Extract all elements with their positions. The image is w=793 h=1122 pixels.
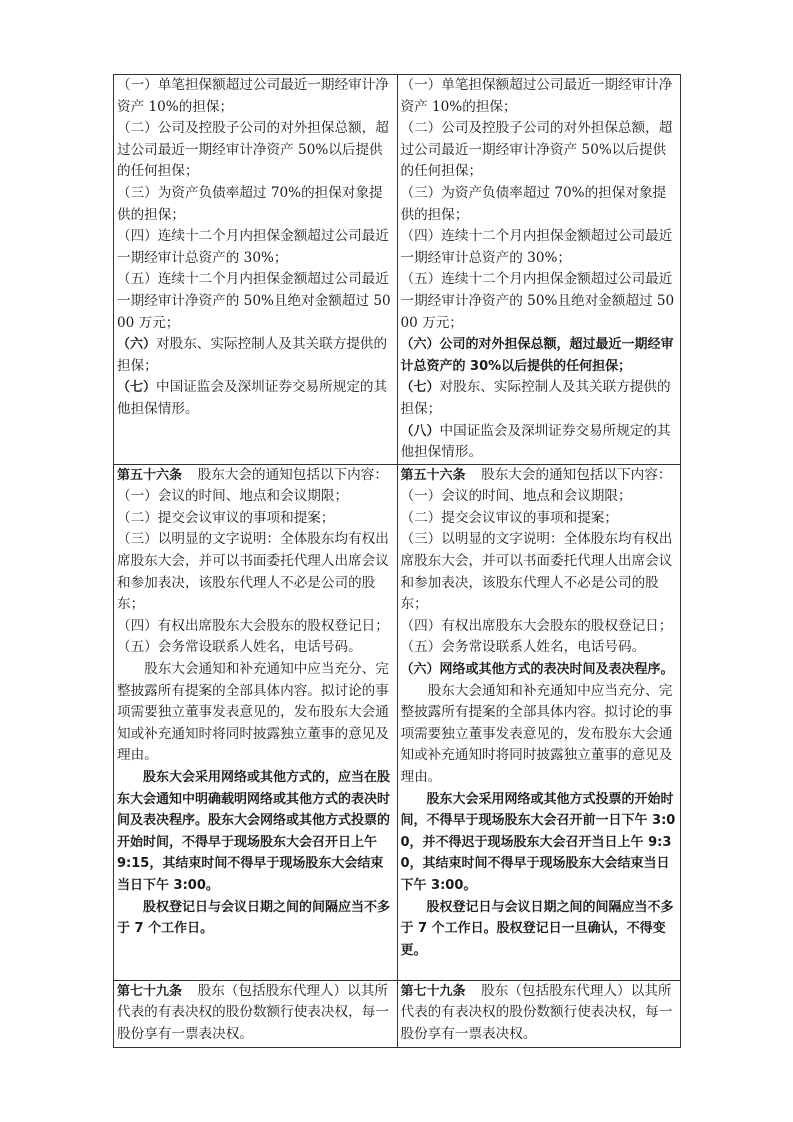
clause-4: （四）连续十二个月内担保金额超过公司最近一期经审计总资产的 30%； xyxy=(117,226,394,269)
revised-cell: 第五十六条股东大会的通知包括以下内容： （一）会议的时间、地点和会议期限； （二… xyxy=(397,464,681,980)
paragraph-disclosure: 股东大会通知和补充通知中应当充分、完整披露所有提案的全部具体内容。拟讨论的事项需… xyxy=(401,681,678,789)
paragraph-disclosure: 股东大会通知和补充通知中应当充分、完整披露所有提案的全部具体内容。拟讨论的事项需… xyxy=(117,659,394,767)
clause-3: （三）为资产负债率超过 70%的担保对象提供的担保； xyxy=(401,183,678,226)
original-cell: 第七十九条股东（包括股东代理人）以其所代表的有表决权的股份数额行使表决权，每一股… xyxy=(114,980,398,1047)
clause-5: （五）连续十二个月内担保金额超过公司最近一期经审计净资产的 50%且绝对金额超过… xyxy=(117,269,394,334)
clause-6-text: 对股东、实际控制人及其关联方提供的担保； xyxy=(117,336,387,374)
clause-5: （五）会务常设联系人姓名，电话号码。 xyxy=(117,637,394,659)
clause-1: （一）单笔担保额超过公司最近一期经审计净资产 10%的担保； xyxy=(401,75,678,118)
original-cell: （一）单笔担保额超过公司最近一期经审计净资产 10%的担保； （二）公司及控股子… xyxy=(114,75,398,465)
article-body: 第七十九条股东（包括股东代理人）以其所代表的有表决权的股份数额行使表决权，每一股… xyxy=(401,981,678,1046)
comparison-table: （一）单笔担保额超过公司最近一期经审计净资产 10%的担保； （二）公司及控股子… xyxy=(113,74,681,1048)
clause-7: （七）中国证监会及深圳证券交易所规定的其他担保情形。 xyxy=(117,377,394,420)
clause-8-label: （八） xyxy=(401,424,440,439)
table-row-article-56: 第五十六条股东大会的通知包括以下内容： （一）会议的时间、地点和会议期限； （二… xyxy=(114,464,681,980)
clause-7-text: 对股东、实际控制人及其关联方提供的担保； xyxy=(401,379,671,417)
paragraph-record-date: 股权登记日与会议日期之间的间隔应当不多于 7 个工作日。股权登记日一旦确认，不得… xyxy=(401,897,678,962)
paragraph-record-date: 股权登记日与会议日期之间的间隔应当不多于 7 个工作日。 xyxy=(117,897,394,940)
revised-cell: （一）单笔担保额超过公司最近一期经审计净资产 10%的担保； （二）公司及控股子… xyxy=(397,75,681,465)
clause-5: （五）连续十二个月内担保金额超过公司最近一期经审计净资产的 50%且绝对金额超过… xyxy=(401,269,678,334)
clause-2: （二）提交会议审议的事项和提案； xyxy=(401,508,678,530)
article-heading: 第五十六条股东大会的通知包括以下内容： xyxy=(117,465,394,487)
clause-8: （八）中国证监会及深圳证券交易所规定的其他担保情形。 xyxy=(401,421,678,464)
paragraph-online-voting: 股东大会采用网络或其他方式投票的开始时间，不得早于现场股东大会召开前一日下午 3… xyxy=(401,789,678,897)
clause-6-added: （六）网络或其他方式的表决时间及表决程序。 xyxy=(401,659,678,681)
article-number: 第七十九条 xyxy=(401,984,466,999)
clause-3: （三）为资产负债率超过 70%的担保对象提供的担保； xyxy=(117,183,394,226)
revised-cell: 第七十九条股东（包括股东代理人）以其所代表的有表决权的股份数额行使表决权，每一股… xyxy=(397,980,681,1047)
clause-2: （二）提交会议审议的事项和提案； xyxy=(117,508,394,530)
clause-7-text: 中国证监会及深圳证券交易所规定的其他担保情形。 xyxy=(117,379,387,417)
clause-7-label: （七） xyxy=(117,380,156,395)
clause-2: （二）公司及控股子公司的对外担保总额，超过公司最近一期经审计净资产 50%以后提… xyxy=(117,118,394,183)
clause-4: （四）有权出席股东大会股东的股权登记日； xyxy=(117,616,394,638)
article-heading: 第五十六条股东大会的通知包括以下内容： xyxy=(401,465,678,487)
paragraph-online-voting: 股东大会采用网络或其他方式的，应当在股东大会通知中明确载明网络或其他方式的表决时… xyxy=(117,767,394,897)
clause-8-text: 中国证监会及深圳证券交易所规定的其他担保情形。 xyxy=(401,423,671,461)
clause-1: （一）单笔担保额超过公司最近一期经审计净资产 10%的担保； xyxy=(117,75,394,118)
article-body: 第七十九条股东（包括股东代理人）以其所代表的有表决权的股份数额行使表决权，每一股… xyxy=(117,981,394,1046)
clause-6-added: （六）公司的对外担保总额，超过最近一期经审计总资产的 30%以后提供的任何担保； xyxy=(401,334,678,377)
article-number: 第七十九条 xyxy=(117,984,182,999)
clause-4: （四）连续十二个月内担保金额超过公司最近一期经审计总资产的 30%； xyxy=(401,226,678,269)
clause-1: （一）会议的时间、地点和会议期限； xyxy=(401,486,678,508)
clause-6: （六）对股东、实际控制人及其关联方提供的担保； xyxy=(117,334,394,377)
article-number: 第五十六条 xyxy=(401,468,466,483)
table-row-article-79: 第七十九条股东（包括股东代理人）以其所代表的有表决权的股份数额行使表决权，每一股… xyxy=(114,980,681,1047)
clause-5: （五）会务常设联系人姓名，电话号码。 xyxy=(401,637,678,659)
clause-1: （一）会议的时间、地点和会议期限； xyxy=(117,486,394,508)
article-intro: 股东大会的通知包括以下内容： xyxy=(198,467,388,483)
clause-7: （七）对股东、实际控制人及其关联方提供的担保； xyxy=(401,377,678,420)
table-row-guarantee: （一）单笔担保额超过公司最近一期经审计净资产 10%的担保； （二）公司及控股子… xyxy=(114,75,681,465)
clause-6-label: （六） xyxy=(117,337,156,352)
clause-3: （三）以明显的文字说明：全体股东均有权出席股东大会，并可以书面委托代理人出席会议… xyxy=(117,529,394,615)
article-number: 第五十六条 xyxy=(117,468,182,483)
clause-7-label: （七） xyxy=(401,380,440,395)
clause-4: （四）有权出席股东大会股东的股权登记日； xyxy=(401,616,678,638)
clause-2: （二）公司及控股子公司的对外担保总额，超过公司最近一期经审计净资产 50%以后提… xyxy=(401,118,678,183)
clause-3: （三）以明显的文字说明：全体股东均有权出席股东大会，并可以书面委托代理人出席会议… xyxy=(401,529,678,615)
article-intro: 股东大会的通知包括以下内容： xyxy=(481,467,671,483)
original-cell: 第五十六条股东大会的通知包括以下内容： （一）会议的时间、地点和会议期限； （二… xyxy=(114,464,398,980)
